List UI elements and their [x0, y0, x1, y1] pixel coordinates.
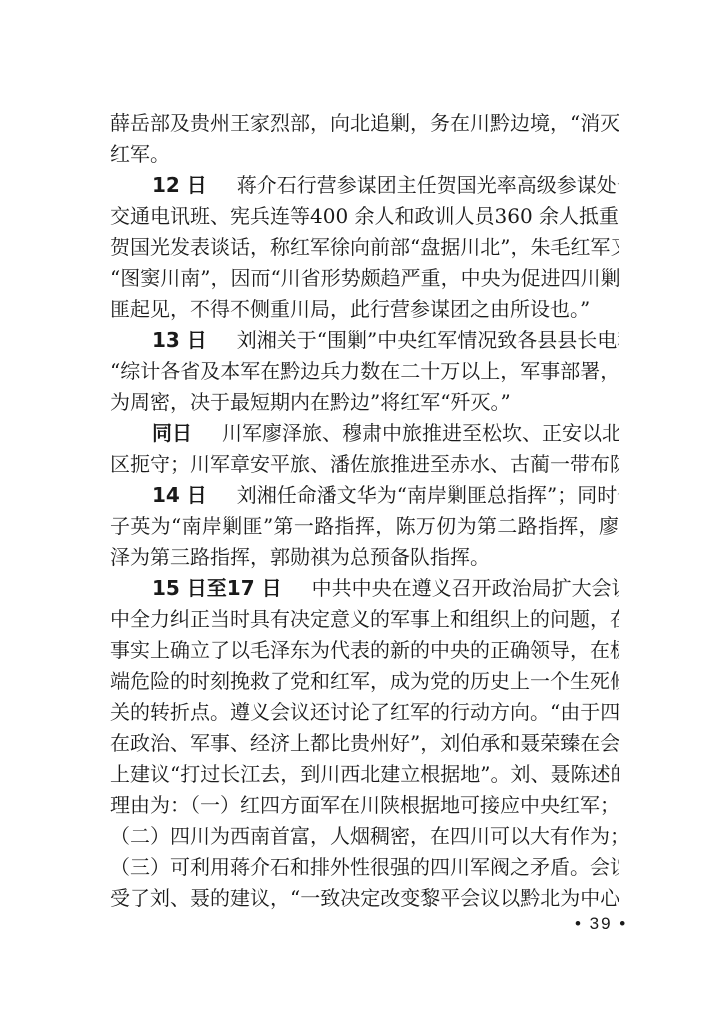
text-line: （二）四川为西南首富，人烟稠密，在四川可以大有作为； [110, 821, 619, 852]
entry-line: 14 日刘湘任命潘文华为“南岸剿匪总指挥”；同时令范 [110, 480, 619, 511]
text-line: 端危险的时刻挽救了党和红军，成为党的历史上一个生死攸 [110, 666, 619, 697]
text-line: 子英为“南岸剿匪”第一路指挥，陈万仞为第二路指挥，廖 [110, 511, 619, 542]
text-line: 区扼守；川军章安平旅、潘佐旅推进至赤水、古蔺一带布防。 [110, 449, 619, 480]
entry-text: 蒋介石行营参谋团主任贺国光率高级参谋处长、 [237, 173, 619, 197]
text-line: “图窦川南”，因而“川省形势颇趋严重，中央为促进四川剿 [110, 263, 619, 294]
text-line: 为周密，决于最短期内在黔边”将红军“歼灭。” [110, 387, 619, 418]
entry-line: 同日川军廖泽旅、穆肃中旅推进至松坎、正安以北地 [110, 418, 619, 449]
text-line: 受了刘、聂的建议，“一致决定改变黎平会议以黔北为中心创 [110, 883, 619, 914]
text-line: 红军。 [110, 139, 619, 170]
text-line: 理由为：（一）红四方面军在川陕根据地可接应中央红军； [110, 790, 619, 821]
entry-line: 12 日蒋介石行营参谋团主任贺国光率高级参谋处长、 [110, 170, 619, 201]
entry-date: 14 日 [152, 483, 207, 507]
text-line: 交通电讯班、宪兵连等400 余人和政训人员360 余人抵重庆。 [110, 201, 619, 232]
text-line: 泽为第三路指挥，郭勋祺为总预备队指挥。 [110, 542, 619, 573]
text-line: （三）可利用蒋介石和排外性很强的四川军阀之矛盾。会议接 [110, 852, 619, 883]
entry-line: 15 日至17 日中共中央在遵义召开政治局扩大会议，集 [110, 573, 619, 604]
document-page-body: 薛岳部及贵州王家烈部，向北追剿，务在川黔边境，“消灭” 红军。 12 日蒋介石行… [110, 108, 619, 914]
text-line: 薛岳部及贵州王家烈部，向北追剿，务在川黔边境，“消灭” [110, 108, 619, 139]
page-number: • 39 • [575, 914, 627, 934]
text-line: 匪起见，不得不侧重川局，此行营参谋团之由所设也。” [110, 294, 619, 325]
text-line: 上建议“打过长江去，到川西北建立根据地”。刘、聂陈述的 [110, 759, 619, 790]
entry-date: 15 日至17 日 [152, 576, 282, 600]
text-line: 事实上确立了以毛泽东为代表的新的中央的正确领导，在极 [110, 635, 619, 666]
entry-text: 川军廖泽旅、穆肃中旅推进至松坎、正安以北地 [222, 421, 619, 445]
text-line: 中全力纠正当时具有决定意义的军事上和组织上的问题，在 [110, 604, 619, 635]
entry-date: 13 日 [152, 328, 207, 352]
entry-date: 12 日 [152, 173, 207, 197]
entry-text: 中共中央在遵义召开政治局扩大会议，集 [312, 576, 619, 600]
text-line: 贺国光发表谈话，称红军徐向前部“盘据川北”，朱毛红军又 [110, 232, 619, 263]
entry-text: 刘湘任命潘文华为“南岸剿匪总指挥”；同时令范 [237, 483, 619, 507]
entry-date: 同日 [152, 421, 192, 445]
text-line: 在政治、军事、经济上都比贵州好”，刘伯承和聂荣臻在会议 [110, 728, 619, 759]
text-line: “综计各省及本军在黔边兵力数在二十万以上，军事部署，极 [110, 356, 619, 387]
text-line: 关的转折点。遵义会议还讨论了红军的行动方向。“由于四川 [110, 697, 619, 728]
entry-line: 13 日刘湘关于“围剿”中央红军情况致各县县长电称： [110, 325, 619, 356]
entry-text: 刘湘关于“围剿”中央红军情况致各县县长电称： [237, 328, 619, 352]
